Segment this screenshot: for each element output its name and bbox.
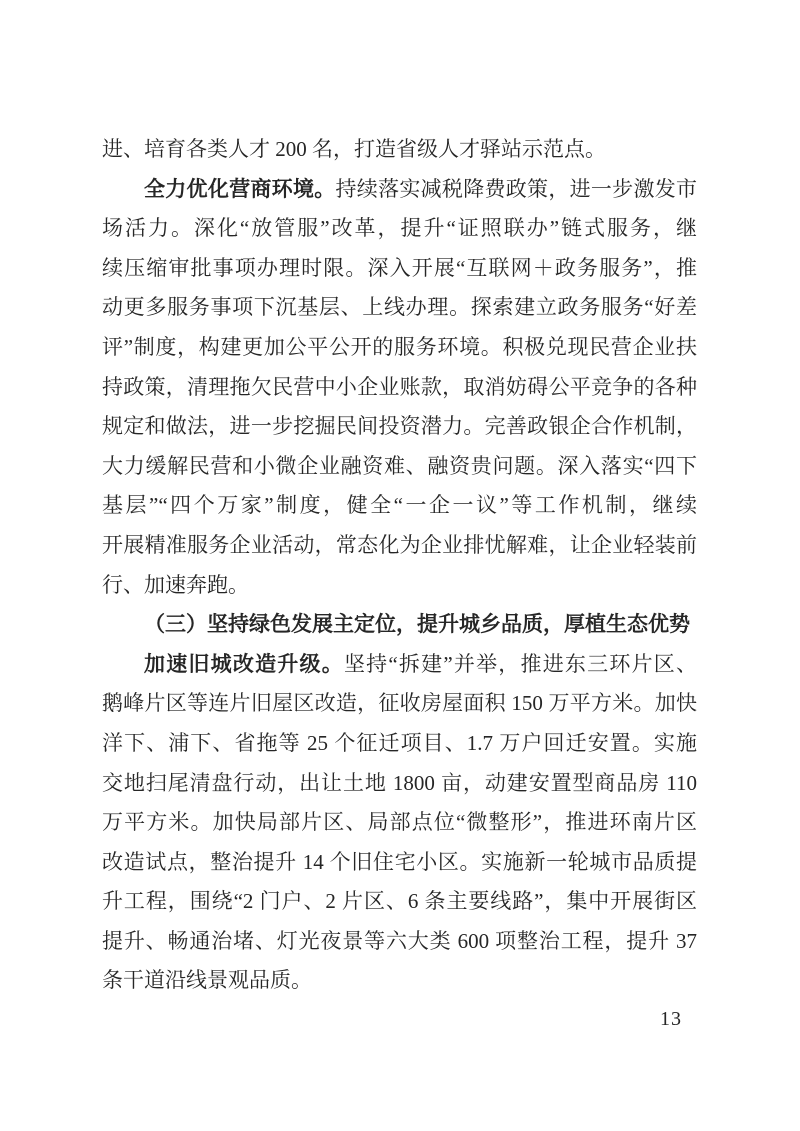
document-page: 进、培育各类人才 200 名，打造省级人才驿站示范点。全力优化营商环境。持续落实… [0,0,800,1131]
body-text: 场活力。深化“放管服”改革，提升“证照联办”链式服务，继 [102,216,697,240]
emphasis-text: 加速旧城改造升级。 [144,652,344,676]
emphasis-text: （三）坚持绿色发展主定位，提升城乡品质，厚植生态优势 [144,612,690,636]
text-line: 全力优化营商环境。持续落实减税降费政策，进一步激发市 [102,170,697,210]
text-line: 开展精准服务企业活动，常态化为企业排忧解难，让企业轻装前 [102,526,697,566]
text-line: 行、加速奔跑。 [102,566,697,606]
text-line: 万平方米。加快局部片区、局部点位“微整形”，推进环南片区 [102,803,697,843]
text-line: 升工程，围绕“2 门户、2 片区、6 条主要线路”，集中开展街区 [102,882,697,922]
text-line: 基层”“四个万家”制度，健全“一企一议”等工作机制，继续 [102,486,697,526]
text-line: 评”制度，构建更加公平公开的服务环境。积极兑现民营企业扶 [102,328,697,368]
body-text: 提升、畅通治堵、灯光夜景等六大类 600 项整治工程，提升 37 [102,929,697,953]
body-text: 规定和做法，进一步挖掘民间投资潜力。完善政银企合作机制， [102,414,697,438]
text-line: 动更多服务事项下沉基层、上线办理。探索建立政务服务“好差 [102,288,697,328]
body-text: 续压缩审批事项办理时限。深入开展“互联网＋政务服务”，推 [102,256,697,280]
text-line: 洋下、浦下、省拖等 25 个征迁项目、1.7 万户回迁安置。实施 [102,724,697,764]
document-body: 进、培育各类人才 200 名，打造省级人才驿站示范点。全力优化营商环境。持续落实… [102,130,697,1001]
text-line: 大力缓解民营和小微企业融资难、融资贵问题。深入落实“四下 [102,447,697,487]
text-line: 改造试点，整治提升 14 个旧住宅小区。实施新一轮城市品质提 [102,843,697,883]
body-text: 洋下、浦下、省拖等 25 个征迁项目、1.7 万户回迁安置。实施 [102,731,697,755]
page-number: 13 [660,1008,682,1031]
body-text: 鹅峰片区等连片旧屋区改造，征收房屋面积 150 万平方米。加快 [102,691,697,715]
body-text: 改造试点，整治提升 14 个旧住宅小区。实施新一轮城市品质提 [102,850,697,874]
text-line: 场活力。深化“放管服”改革，提升“证照联办”链式服务，继 [102,209,697,249]
body-text: 开展精准服务企业活动，常态化为企业排忧解难，让企业轻装前 [102,533,697,557]
body-text: 万平方米。加快局部片区、局部点位“微整形”，推进环南片区 [102,810,697,834]
text-line: 进、培育各类人才 200 名，打造省级人才驿站示范点。 [102,130,697,170]
text-line: （三）坚持绿色发展主定位，提升城乡品质，厚植生态优势 [102,605,697,645]
body-text: 升工程，围绕“2 门户、2 片区、6 条主要线路”，集中开展街区 [102,889,697,913]
body-text: 行、加速奔跑。 [102,573,249,597]
text-line: 鹅峰片区等连片旧屋区改造，征收房屋面积 150 万平方米。加快 [102,684,697,724]
body-text: 评”制度，构建更加公平公开的服务环境。积极兑现民营企业扶 [102,335,697,359]
text-line: 续压缩审批事项办理时限。深入开展“互联网＋政务服务”，推 [102,249,697,289]
text-line: 条干道沿线景观品质。 [102,961,697,1001]
body-text: 坚持“拆建”并举，推进东三环片区、 [344,652,697,676]
body-text: 持续落实减税降费政策，进一步激发市 [336,177,697,201]
body-text: 持政策，清理拖欠民营中小企业账款，取消妨碍公平竞争的各种 [102,375,697,399]
body-text: 条干道沿线景观品质。 [102,968,312,992]
text-line: 提升、畅通治堵、灯光夜景等六大类 600 项整治工程，提升 37 [102,922,697,962]
text-line: 加速旧城改造升级。坚持“拆建”并举，推进东三环片区、 [102,645,697,685]
body-text: 交地扫尾清盘行动，出让土地 1800 亩，动建安置型商品房 110 [102,771,697,795]
text-line: 持政策，清理拖欠民营中小企业账款，取消妨碍公平竞争的各种 [102,368,697,408]
body-text: 基层”“四个万家”制度，健全“一企一议”等工作机制，继续 [102,493,697,517]
text-line: 交地扫尾清盘行动，出让土地 1800 亩，动建安置型商品房 110 [102,764,697,804]
body-text: 大力缓解民营和小微企业融资难、融资贵问题。深入落实“四下 [102,454,697,478]
body-text: 动更多服务事项下沉基层、上线办理。探索建立政务服务“好差 [102,295,697,319]
emphasis-text: 全力优化营商环境。 [144,177,336,201]
body-text: 进、培育各类人才 200 名，打造省级人才驿站示范点。 [102,137,606,161]
text-line: 规定和做法，进一步挖掘民间投资潜力。完善政银企合作机制， [102,407,697,447]
